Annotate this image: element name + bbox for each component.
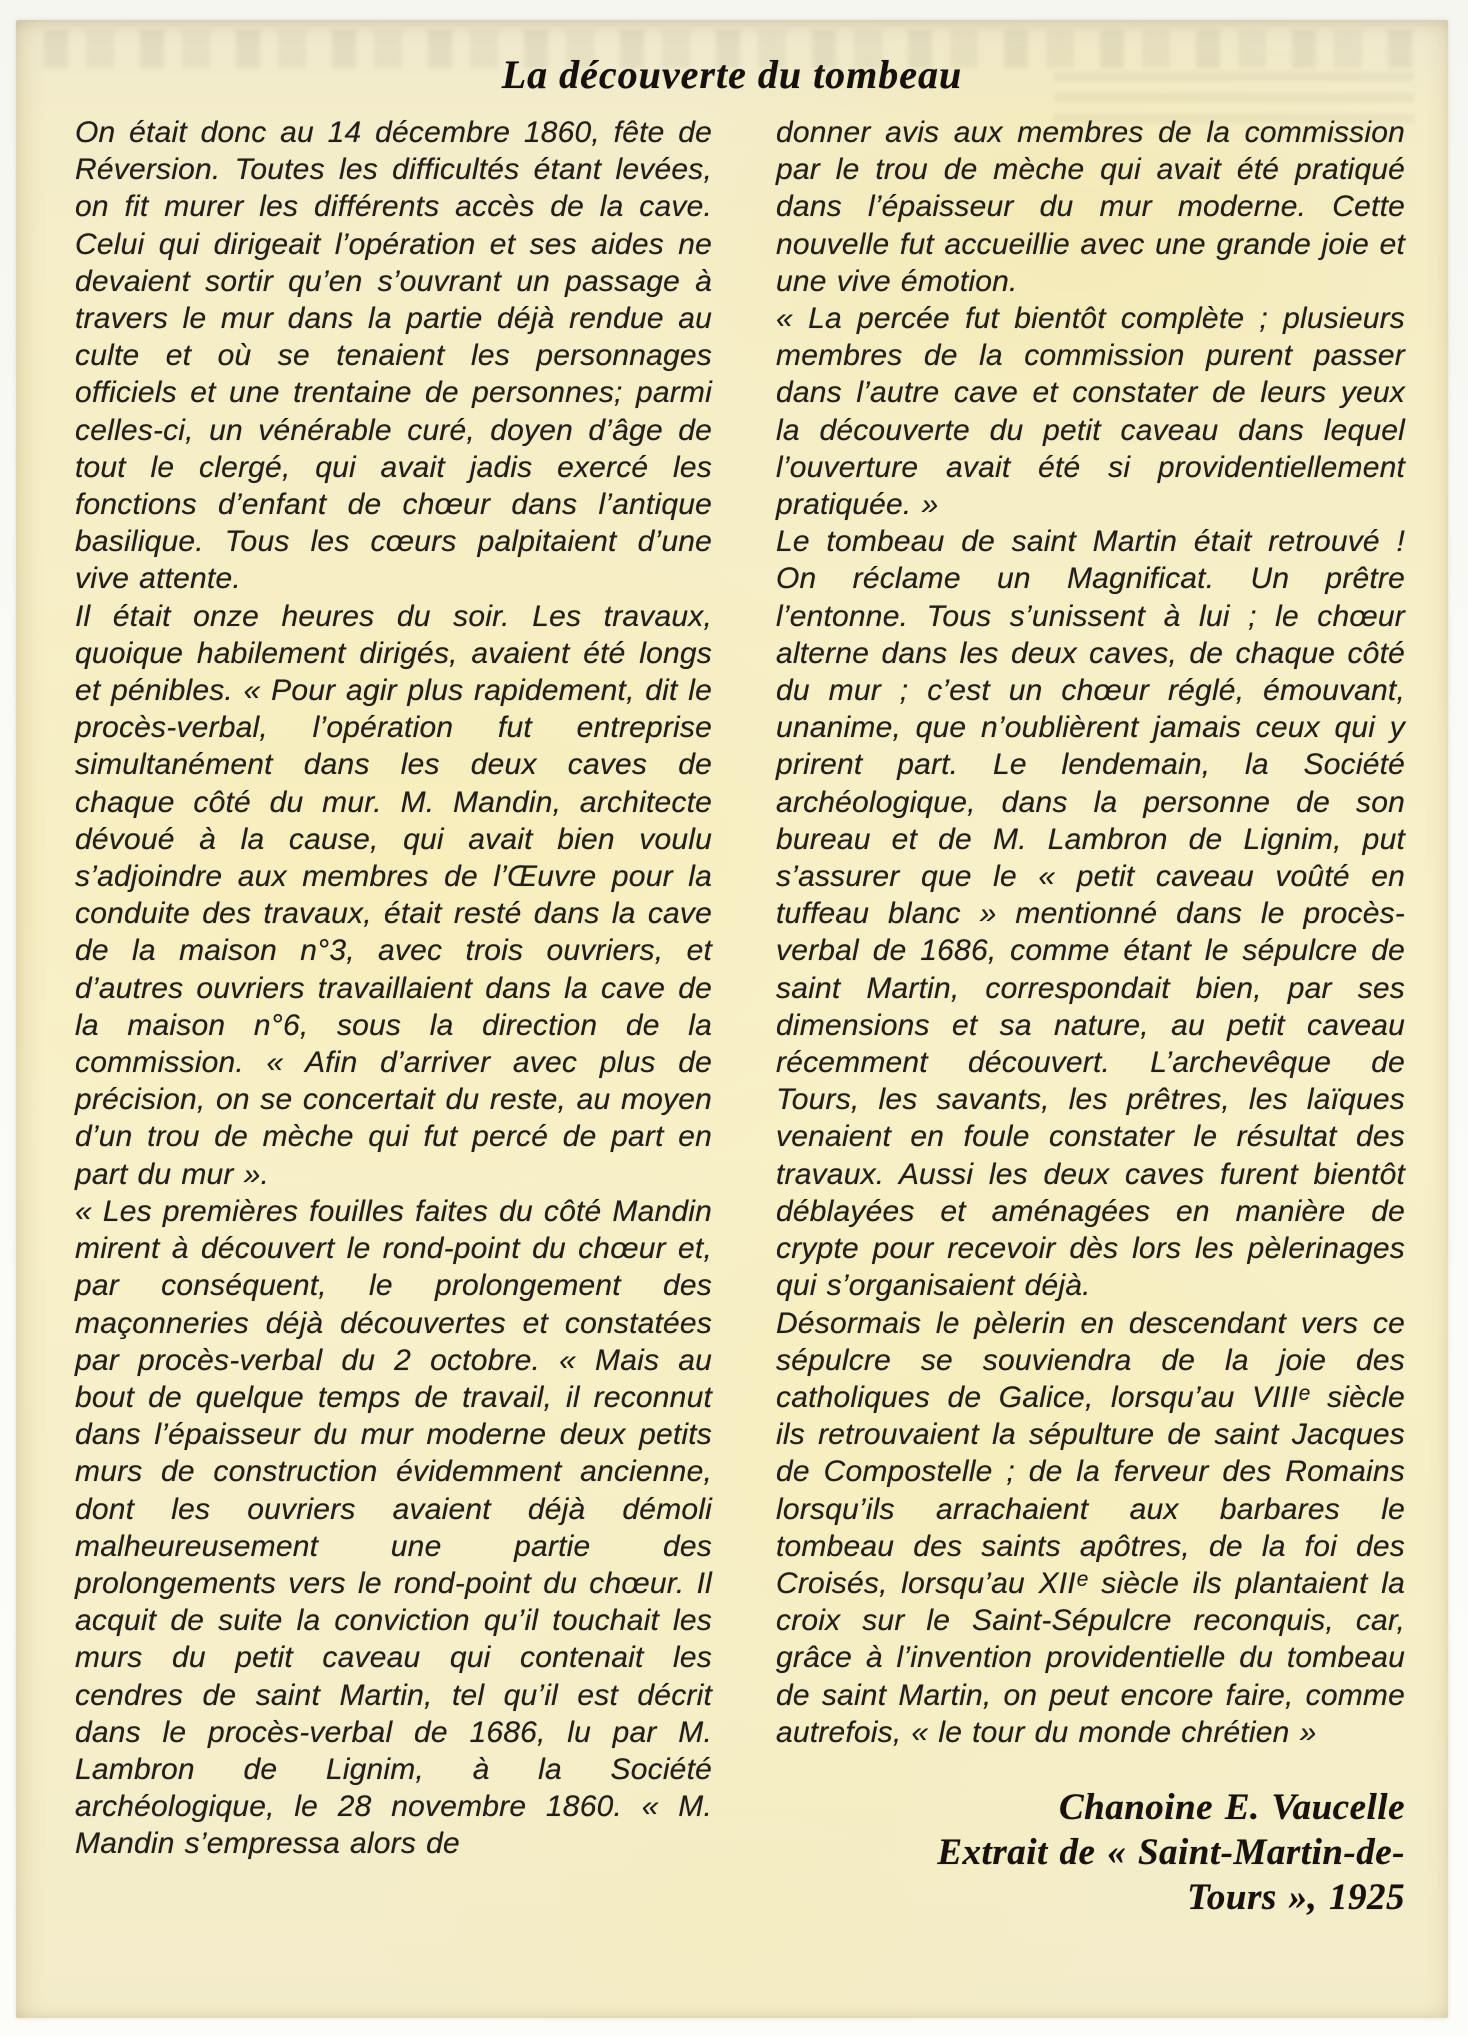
paragraph: Désormais le pèlerin en descendant vers … [776, 1305, 1405, 1751]
right-column-paragraphs: donner avis aux membres de la commission… [776, 114, 1405, 1751]
right-column: donner avis aux membres de la commission… [776, 114, 1405, 1920]
paragraph: « Les premières fouilles faites du côté … [75, 1193, 712, 1863]
paragraph: On était donc au 14 décembre 1860, fête … [75, 114, 712, 598]
paragraph: donner avis aux membres de la commission… [776, 114, 1405, 300]
signature-line: Tours », 1925 [776, 1875, 1405, 1920]
paragraph: Le tombeau de saint Martin était retrouv… [776, 523, 1405, 1304]
article-title: La découverte du tombeau [16, 53, 1448, 97]
document-page: La découverte du tombeau On était donc a… [16, 20, 1448, 2018]
signature-line: Extrait de « Saint-Martin-de- [776, 1830, 1405, 1875]
scan-background: { "article": { "title": "La découverte d… [0, 0, 1468, 2036]
signature-line: Chanoine E. Vaucelle [776, 1785, 1405, 1830]
paragraph: Il était onze heures du soir. Les travau… [75, 598, 712, 1193]
left-column: On était donc au 14 décembre 1860, fête … [75, 114, 712, 1863]
signature-block: Chanoine E. VaucelleExtrait de « Saint-M… [776, 1785, 1405, 1920]
paragraph: « La percée fut bientôt complète ; plusi… [776, 300, 1405, 523]
